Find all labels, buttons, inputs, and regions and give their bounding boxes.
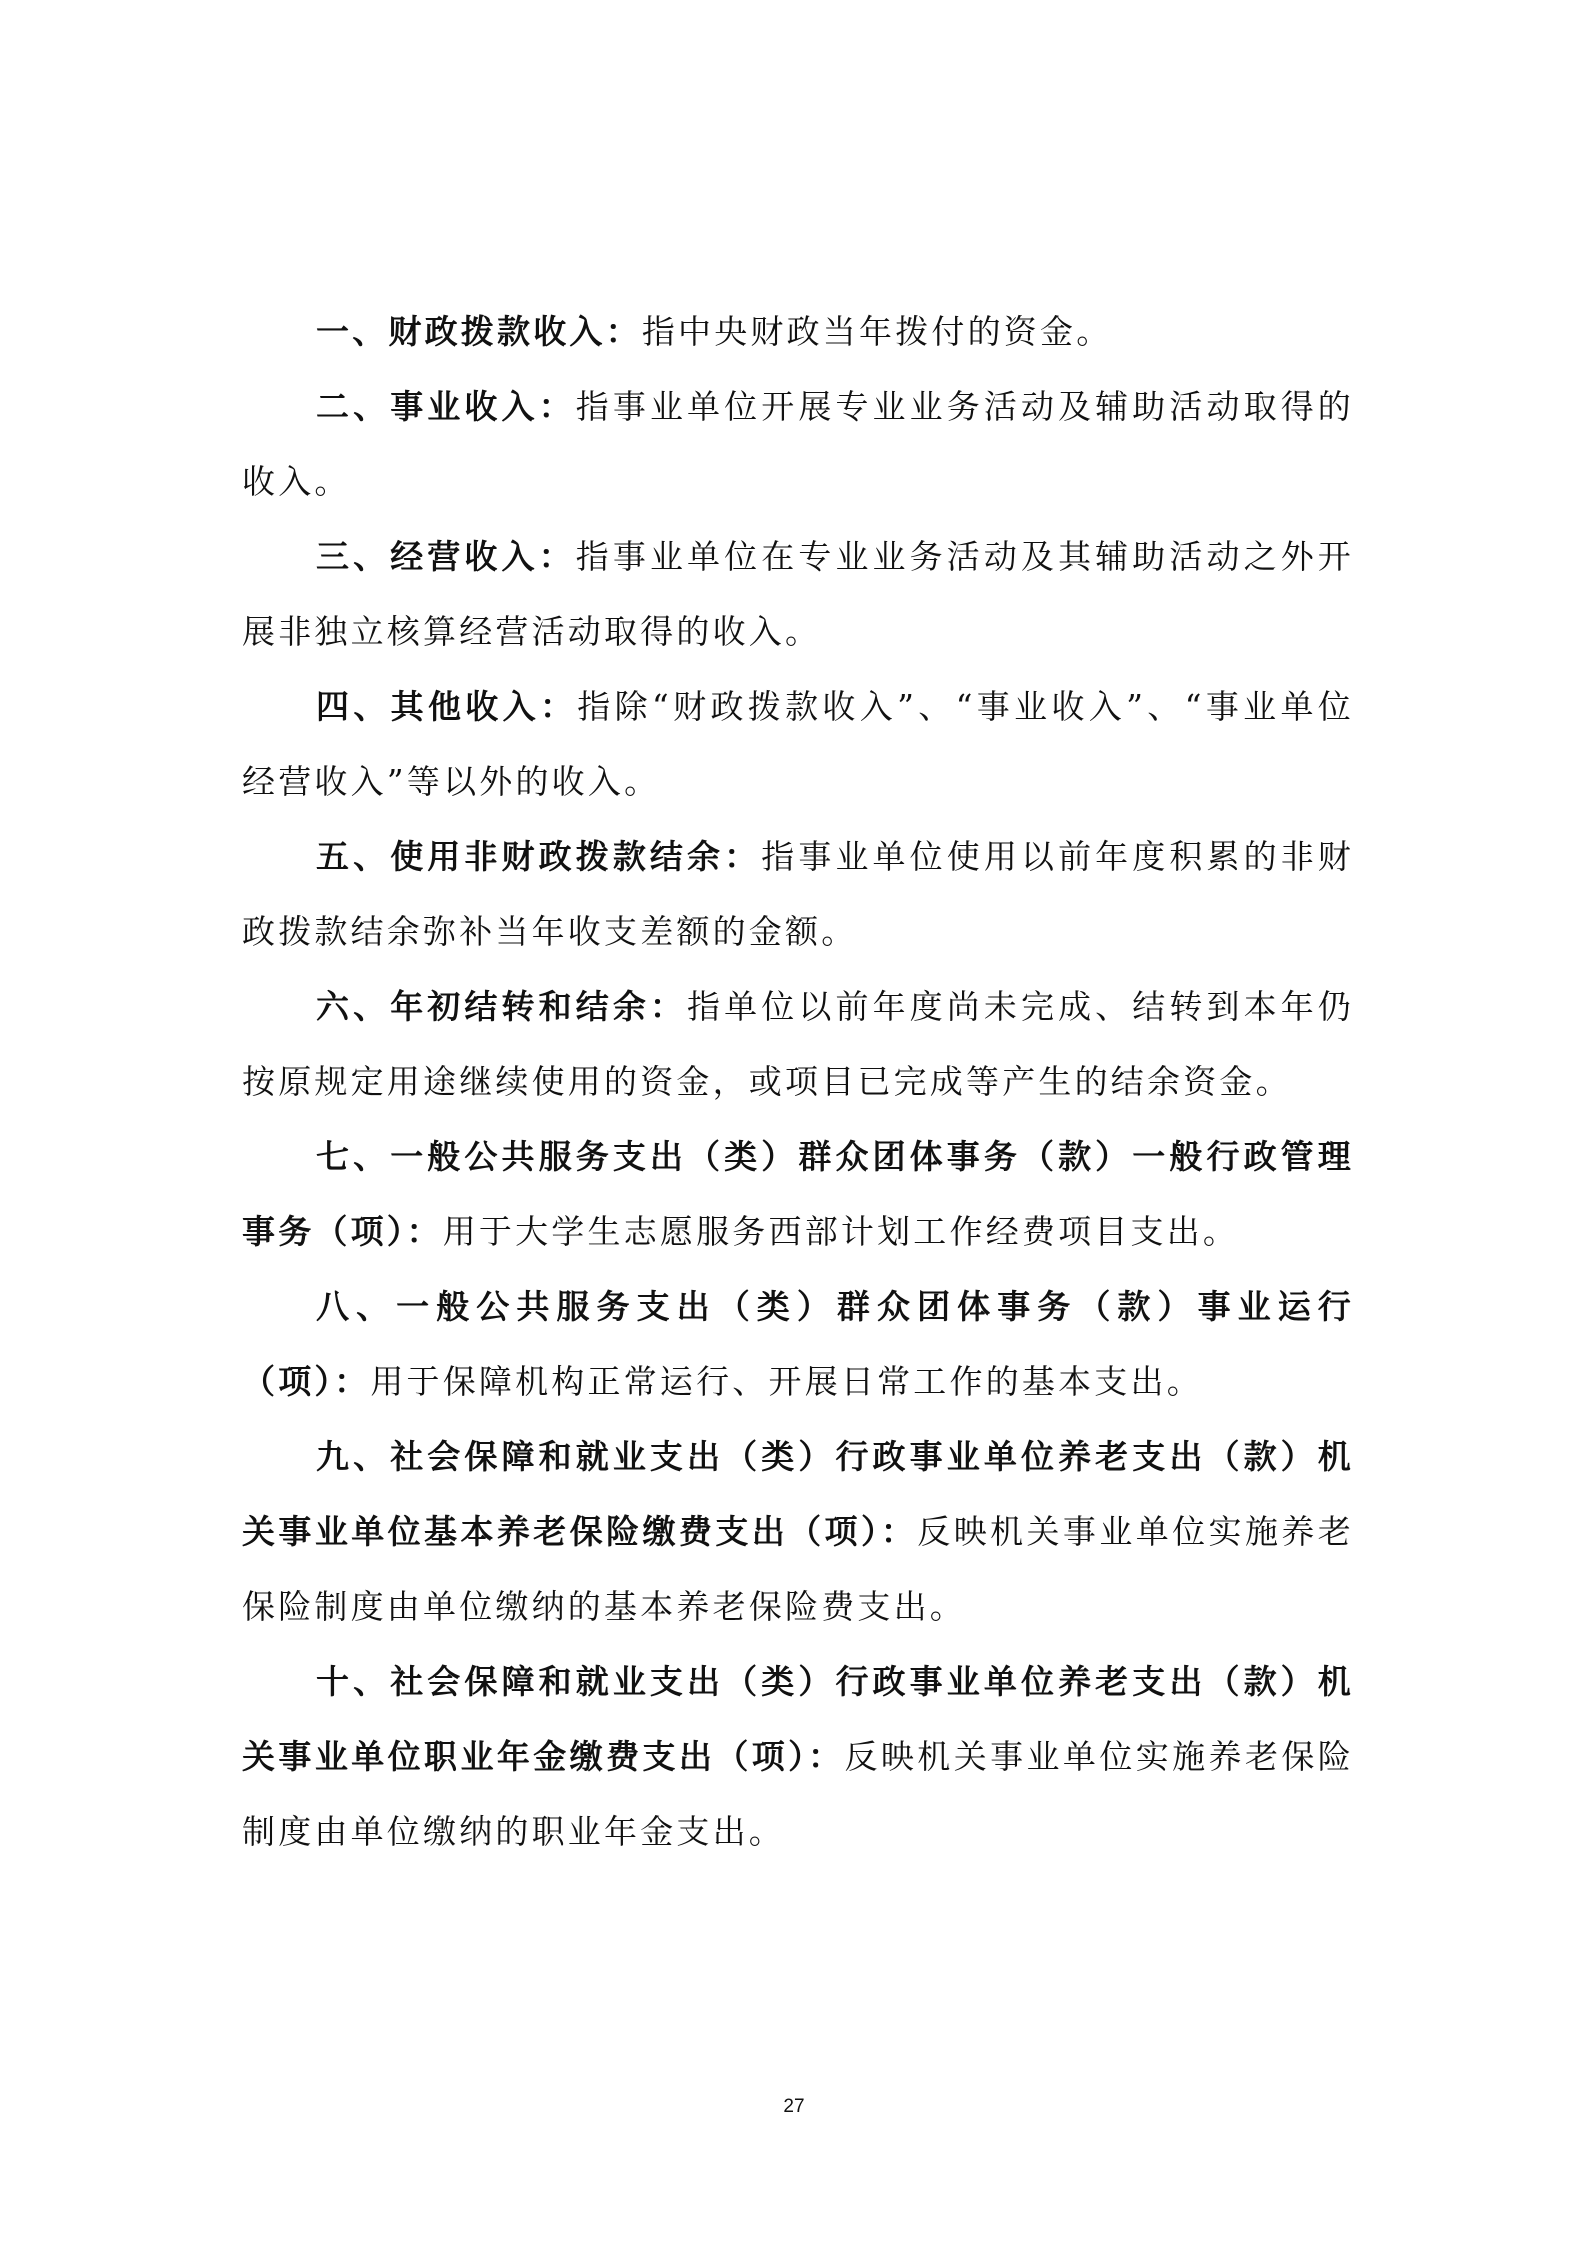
definition-paragraph-6: 六、年初结转和结余：指单位以前年度尚未完成、结转到本年仍按原规定用途继续使用的资…	[242, 969, 1354, 1119]
definition-term: 四、其他收入：	[316, 687, 577, 726]
definition-term: 二、事业收入：	[316, 387, 576, 426]
page-number: 27	[0, 2096, 1588, 2118]
definition-text: 用于大学生志愿服务西部计划工作经费项目支出。	[443, 1212, 1239, 1251]
definition-paragraph-10: 十、社会保障和就业支出（类）行政事业单位养老支出（款）机关事业单位职业年金缴费支…	[242, 1644, 1354, 1869]
definition-text: 用于保障机构正常运行、开展日常工作的基本支出。	[370, 1362, 1203, 1401]
definition-paragraph-9: 九、社会保障和就业支出（类）行政事业单位养老支出（款）机关事业单位基本养老保险缴…	[242, 1419, 1354, 1644]
definition-paragraph-3: 三、经营收入：指事业单位在专业业务活动及其辅助活动之外开展非独立核算经营活动取得…	[242, 519, 1354, 669]
definition-paragraph-5: 五、使用非财政拨款结余：指事业单位使用以前年度积累的非财政拨款结余弥补当年收支差…	[242, 819, 1354, 969]
definition-paragraph-4: 四、其他收入：指除“财政拨款收入”、“事业收入”、“事业单位经营收入”等以外的收…	[242, 669, 1354, 819]
definition-term: 五、使用非财政拨款结余：	[316, 837, 761, 876]
definition-text: 指中央财政当年拨付的资金。	[642, 312, 1113, 351]
definition-term: 六、年初结转和结余：	[316, 987, 687, 1026]
definition-paragraph-2: 二、事业收入：指事业单位开展专业业务活动及辅助活动取得的收入。	[242, 369, 1354, 519]
definition-term: 一、财政拨款收入：	[316, 312, 642, 351]
definition-term: 三、经营收入：	[316, 537, 576, 576]
definition-paragraph-7: 七、一般公共服务支出（类）群众团体事务（款）一般行政管理事务（项）：用于大学生志…	[242, 1119, 1354, 1269]
definition-paragraph-8: 八、一般公共服务支出（类）群众团体事务（款）事业运行（项）：用于保障机构正常运行…	[242, 1269, 1354, 1419]
document-page: 一、财政拨款收入：指中央财政当年拨付的资金。 二、事业收入：指事业单位开展专业业…	[242, 294, 1354, 1869]
definition-paragraph-1: 一、财政拨款收入：指中央财政当年拨付的资金。	[242, 294, 1354, 369]
